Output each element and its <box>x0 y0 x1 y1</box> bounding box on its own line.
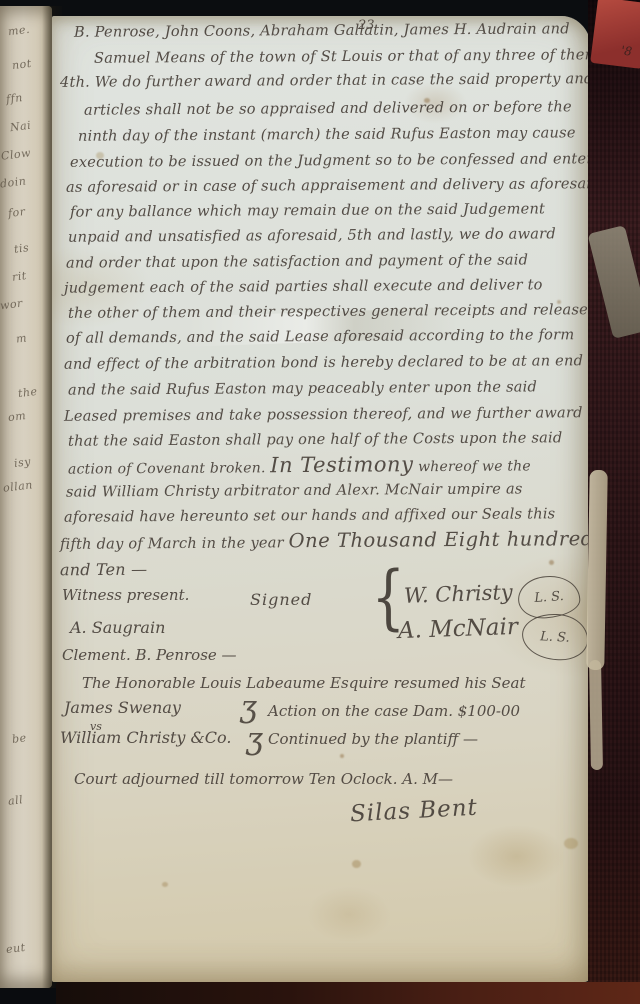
manuscript-line: of all demands, and the said Lease afore… <box>66 326 574 347</box>
emphasized-script: One Thousand Eight hundred <box>289 527 594 552</box>
manuscript-line: judgement each of the said parties shall… <box>64 276 543 296</box>
manuscript-line: execution to be issued on the Judgment s… <box>70 150 612 171</box>
binding-mark: '8 <box>620 43 633 59</box>
manuscript-line: and the said Rufus Easton may peaceably … <box>68 378 537 398</box>
court-resumed-line: The Honorable Louis Labeaume Esquire res… <box>82 674 526 692</box>
manuscript-line: Leased premises and take possession ther… <box>64 404 583 425</box>
manuscript-line: articles shall not be so appraised and d… <box>84 98 572 118</box>
manuscript-line: that the said Easton shall pay one half … <box>68 429 563 449</box>
ink-stain <box>340 754 344 758</box>
case-plaintiff: James Swenay <box>64 698 181 717</box>
margin-text-fragment: not <box>11 57 32 72</box>
book-binding: '8 <box>588 0 640 1004</box>
signature-w-christy: W. Christy <box>404 580 513 608</box>
torn-page-edge <box>589 660 603 770</box>
line-text: whereof we the <box>413 458 531 475</box>
emphasized-script: In Testimony <box>270 452 413 477</box>
manuscript-line: aforesaid have hereunto set our hands an… <box>64 505 555 525</box>
witness-name: A. Saugrain <box>70 618 165 637</box>
margin-text-fragment: wor <box>0 297 24 313</box>
seal-text: L. S. <box>540 629 570 646</box>
margin-text-fragment: Nai <box>9 119 32 134</box>
case-defendant: William Christy &Co. <box>60 728 231 747</box>
manuscript-line: and order that upon the satisfaction and… <box>66 251 528 271</box>
case-bracket: ʒ <box>240 690 257 725</box>
manuscript-line: 4th. We do further award and order that … <box>60 70 594 91</box>
manuscript-line-testimony: action of Covenant broken. In Testimony … <box>68 451 531 478</box>
manuscript-line: the other of them and their respectives … <box>68 301 596 322</box>
margin-text-fragment: isy <box>13 455 31 470</box>
seal-text: L. S. <box>534 588 564 605</box>
margin-text-fragment: Clow <box>0 146 31 163</box>
manuscript-line: B. Penrose, John Coons, Abraham Gallatin… <box>74 20 570 40</box>
scanned-manuscript-photo: me. not ffn Nai Clow doin for tis rit wo… <box>0 0 640 1004</box>
manuscript-line: as aforesaid or in case of such appraise… <box>66 175 601 196</box>
signature-silas-bent: Silas Bent <box>349 795 478 828</box>
case-action: Action on the case Dam. $100-00 <box>268 702 520 720</box>
manuscript-line: said William Christy arbitrator and Alex… <box>66 480 523 500</box>
signature-a-mcnair: A. McNair <box>398 614 519 644</box>
cover-red-patch <box>590 0 640 69</box>
margin-text-fragment: tis <box>13 241 30 256</box>
manuscript-line: unpaid and unsatisfied as aforesaid, 5th… <box>68 225 556 245</box>
margin-text-fragment: all <box>7 793 24 808</box>
signed-label: Signed <box>250 590 312 609</box>
manuscript-line: and Ten — <box>60 560 147 580</box>
margin-text-fragment: rit <box>11 269 27 284</box>
margin-text-fragment: the <box>17 385 38 400</box>
margin-text-fragment: ollan <box>2 478 33 495</box>
manuscript-line: for any ballance which may remain due on… <box>70 200 545 220</box>
ink-stain <box>549 560 554 565</box>
margin-text-fragment: be <box>11 731 27 746</box>
torn-page-edge <box>586 470 607 670</box>
margin-text-fragment: for <box>7 205 26 220</box>
line-text: action of Covenant broken. <box>68 460 270 477</box>
margin-text-fragment: om <box>7 409 27 424</box>
case-bracket: ʒ <box>246 722 263 757</box>
margin-text-fragment: eut <box>5 941 26 956</box>
case-status: Continued by the plantiff — <box>268 730 478 748</box>
manuscript-line: and effect of the arbitration bond is he… <box>64 352 583 373</box>
manuscript-line: ninth day of the instant (march) the sai… <box>78 124 576 144</box>
manuscript-page: 23 B. Penrose, John Coons, Abraham Galla… <box>52 16 592 982</box>
manuscript-line-year: fifth day of March in the year One Thous… <box>60 527 594 554</box>
cover-bottom-edge <box>56 982 640 1004</box>
binding-wear-patch <box>588 225 640 339</box>
paper-stain <box>352 860 361 868</box>
paper-stain <box>564 838 578 849</box>
margin-text-fragment: doin <box>0 174 27 190</box>
adjournment-line: Court adjourned till tomorrow Ten Oclock… <box>74 770 453 788</box>
witness-name: Clement. B. Penrose — <box>62 646 237 664</box>
margin-text-fragment: m <box>15 331 27 345</box>
seal-doodle: L. S. <box>521 612 589 661</box>
manuscript-line: Samuel Means of the town of St Louis or … <box>94 46 599 67</box>
margin-text-fragment: ffn <box>5 91 23 106</box>
margin-text-fragment: me. <box>7 23 30 39</box>
witness-heading: Witness present. <box>62 586 189 604</box>
paper-stain <box>162 882 168 887</box>
line-text: fifth day of March in the year <box>60 534 289 553</box>
